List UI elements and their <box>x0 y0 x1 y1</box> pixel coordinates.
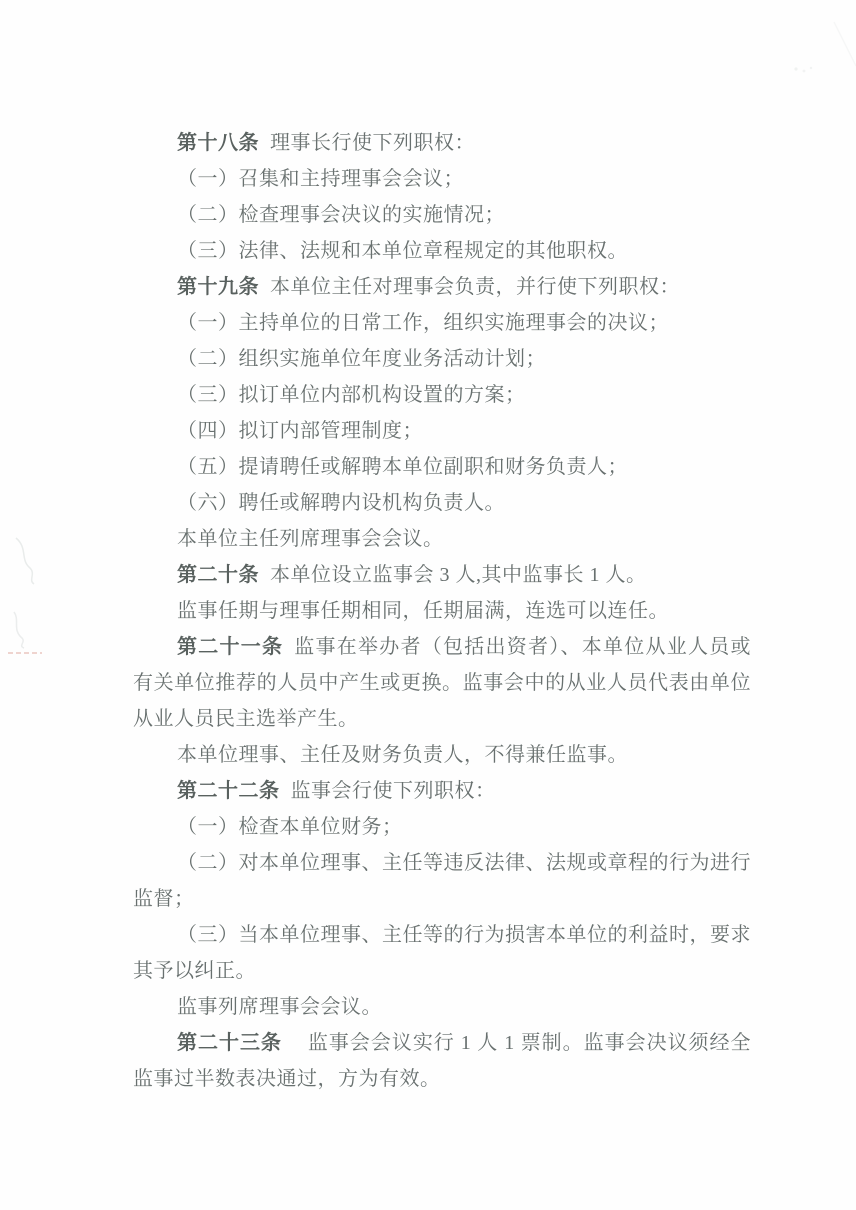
clause-text: （二）组织实施单位年度业务活动计划； <box>177 348 546 370</box>
paragraph-continuation-line: 监事过半数表决通过，方为有效。 <box>133 1061 751 1097</box>
article-text: 本单位设立监事会 3 人,其中监事长 1 人。 <box>270 564 647 586</box>
clause-text: （二）对本单位理事、主任等违反法律、法规或章程的行为进行 <box>177 852 751 874</box>
paragraph-text: 监事列席理事会会议。 <box>177 996 382 1018</box>
clause-line: （六）聘任或解聘内设机构负责人。 <box>133 485 751 521</box>
clause-line: （五）提请聘任或解聘本单位副职和财务负责人； <box>133 449 751 485</box>
clause-line: （三）拟订单位内部机构设置的方案； <box>133 377 751 413</box>
paragraph-line: 本单位理事、主任及财务负责人，不得兼任监事。 <box>133 737 751 773</box>
paragraph-line: 监事列席理事会会议。 <box>133 989 751 1025</box>
scanned-document-page: 第十八条理事长行使下列职权： （一）召集和主持理事会会议； （二）检查理事会决议… <box>0 0 856 1210</box>
article-text: 理事长行使下列职权： <box>270 132 475 154</box>
article-number: 第二十三条 <box>177 1032 282 1054</box>
article-number: 第二十二条 <box>177 780 280 802</box>
article-22-heading-line: 第二十二条监事会行使下列职权： <box>133 773 751 809</box>
clause-text: （六）聘任或解聘内设机构负责人。 <box>177 492 505 514</box>
article-text: 本单位主任对理事会负责，并行使下列职权： <box>270 276 680 298</box>
clause-text: （一）召集和主持理事会会议； <box>177 168 464 190</box>
article-21-heading-line: 第二十一条监事在举办者（包括出资者）、本单位从业人员或 <box>133 629 751 665</box>
paragraph-continuation-line: 有关单位推荐的人员中产生或更换。监事会中的从业人员代表由单位 <box>133 665 751 701</box>
scan-speck-icon <box>810 67 812 69</box>
article-number: 第十八条 <box>177 132 259 154</box>
scan-smudge-icon <box>14 612 24 648</box>
clause-line: （二）对本单位理事、主任等违反法律、法规或章程的行为进行 <box>133 845 751 881</box>
scan-smudge-icon <box>16 538 34 584</box>
clause-text: （三）拟订单位内部机构设置的方案； <box>177 384 526 406</box>
article-text: 监事在举办者（包括出资者）、本单位从业人员或 <box>294 636 751 658</box>
paragraph-text: 有关单位推荐的人员中产生或更换。监事会中的从业人员代表由单位 <box>133 672 751 694</box>
article-18-heading-line: 第十八条理事长行使下列职权： <box>133 125 751 161</box>
article-number: 第二十一条 <box>177 636 283 658</box>
paragraph-continuation-line: 从业人员民主选举产生。 <box>133 701 751 737</box>
clause-continuation-line: 其予以纠正。 <box>133 953 751 989</box>
clause-text: （四）拟订内部管理制度； <box>177 420 423 442</box>
clause-text: （三）法律、法规和本单位章程规定的其他职权。 <box>177 240 628 262</box>
article-text: 监事会行使下列职权： <box>291 780 496 802</box>
paragraph-text: 本单位理事、主任及财务负责人，不得兼任监事。 <box>177 744 628 766</box>
clause-text: （二）检查理事会决议的实施情况； <box>177 204 505 226</box>
clause-continuation-line: 监督； <box>133 881 751 917</box>
article-number: 第十九条 <box>177 276 259 298</box>
paragraph-text: 本单位主任列席理事会会议。 <box>177 528 444 550</box>
clause-text: 其予以纠正。 <box>133 960 256 982</box>
clause-line: （四）拟订内部管理制度； <box>133 413 751 449</box>
paragraph-text: 从业人员民主选举产生。 <box>133 708 359 730</box>
paragraph-line: 监事任期与理事任期相同，任期届满，连选可以连任。 <box>133 593 751 629</box>
article-19-heading-line: 第十九条本单位主任对理事会负责，并行使下列职权： <box>133 269 751 305</box>
article-20-heading-line: 第二十条本单位设立监事会 3 人,其中监事长 1 人。 <box>133 557 751 593</box>
clause-text: 监督； <box>133 888 195 910</box>
clause-line: （二）检查理事会决议的实施情况； <box>133 197 751 233</box>
scan-speck-icon <box>803 70 806 73</box>
article-23-heading-line: 第二十三条监事会会议实行 1 人 1 票制。监事会决议须经全体 <box>133 1025 751 1061</box>
paragraph-text: 监事过半数表决通过，方为有效。 <box>133 1068 441 1090</box>
clause-text: （五）提请聘任或解聘本单位副职和财务负责人； <box>177 456 628 478</box>
clause-text: （一）检查本单位财务； <box>177 816 403 838</box>
document-text: 第十八条理事长行使下列职权： （一）召集和主持理事会会议； （二）检查理事会决议… <box>133 125 751 1097</box>
scan-speck-icon <box>794 67 797 70</box>
clause-line: （一）召集和主持理事会会议； <box>133 161 751 197</box>
clause-line: （二）组织实施单位年度业务活动计划； <box>133 341 751 377</box>
paragraph-line: 本单位主任列席理事会会议。 <box>133 521 751 557</box>
clause-text: （三）当本单位理事、主任等的行为损害本单位的利益时，要求 <box>177 924 751 946</box>
clause-line: （一）主持单位的日常工作，组织实施理事会的决议； <box>133 305 751 341</box>
scan-corner-line-icon <box>834 22 856 66</box>
clause-line: （一）检查本单位财务； <box>133 809 751 845</box>
clause-line: （三）当本单位理事、主任等的行为损害本单位的利益时，要求 <box>133 917 751 953</box>
clause-line: （三）法律、法规和本单位章程规定的其他职权。 <box>133 233 751 269</box>
paragraph-text: 监事任期与理事任期相同，任期届满，连选可以连任。 <box>177 600 669 622</box>
article-number: 第二十条 <box>177 564 259 586</box>
clause-text: （一）主持单位的日常工作，组织实施理事会的决议； <box>177 312 669 334</box>
